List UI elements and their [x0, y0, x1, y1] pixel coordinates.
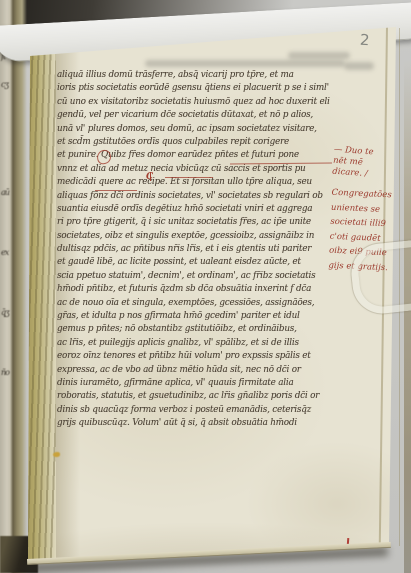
manuscript-line: et scd̄m gstitutōes ordīs quos culpabile…: [57, 136, 333, 149]
manuscript-line: medicādi quere ac recipe. Et si forsitan…: [57, 176, 333, 189]
gutter-facing-page-strip: ſt cʒ aū ex q̄ʒ ño: [0, 0, 27, 573]
gutter-script-fragment: aū: [1, 188, 9, 197]
manuscript-line: et gaudē libē, ac licite possint, et ual…: [57, 256, 333, 269]
manuscript-line: roboratis, statutis, et gsuetudinibz, ac…: [57, 390, 333, 403]
manuscript-line: gemus p pn̄tes; nō obstantibz gstitutiōi…: [57, 323, 333, 336]
erased-pencil-smudge: [145, 60, 345, 67]
manuscript-line: dinis iuramēto, gfirmāne aplica, vl' qua…: [57, 377, 333, 390]
manuscript-line: gendū, vel per vicarium dc̄e societatis …: [57, 109, 333, 122]
marginal-note-mendicare: — Duo te nēt mē dicare. /: [332, 145, 374, 181]
manuscript-line: suantia eiusdē ordīs degētiuz hm̄ō socie…: [57, 203, 333, 216]
gutter-script-fragment: ex: [1, 248, 8, 257]
manuscript-line: ac lr̄is, et puilegijs aplicis gnalibz, …: [57, 337, 333, 350]
folio-number: 2: [359, 31, 370, 50]
rubric-capitulum-mark: C: [146, 172, 153, 182]
manuscript-line: ioris ptis societatis eorūdē gsensu q̄ti…: [57, 82, 333, 95]
erased-pencil-smudge: [288, 52, 350, 59]
manuscript-line: aliquā illius domū trāsferre, absq̄ vica…: [57, 69, 333, 82]
manuscript-line: expressa, ac de vbo ad übnz mētio hūda s…: [57, 364, 333, 377]
gutter-script-fragment: q̄ʒ: [1, 308, 9, 317]
manuscript-line: grijs quibuscūqz. Volum' aūt q̄ si, q̄ a…: [57, 417, 333, 430]
manuscript-line: aliquas fōnz dc̄i ordinis societates, vl…: [57, 190, 333, 203]
rubric-underline: [165, 177, 213, 178]
manuscript-line: unā vl' plures domos, seu domū, ac ipsam…: [57, 123, 333, 136]
gutter-script-fragment: cʒ: [1, 80, 8, 89]
parchment-stain: [53, 452, 60, 457]
manuscript-line: gr̄as, et idulta p nos gfirmata hm̄ō gce…: [57, 310, 333, 323]
manuscript-line: eoroz oīnz tenores et pn̄tibz hūi volum'…: [57, 350, 333, 363]
background-right-sliver: [404, 60, 411, 573]
manuscript-photo: ſt cʒ aū ex q̄ʒ ño 2 aliquā illius domū …: [0, 0, 411, 573]
manuscript-line: vnnz et alia ad metuz necia vbicūqz cū s…: [57, 163, 333, 176]
rubric-underline: [95, 190, 137, 191]
parchment-page: 2 aliquā illius domū trāsferre, absq̄ vi…: [0, 0, 411, 573]
manuscript-line: ac de nouo oīa et singula, exemptōes, gc…: [57, 297, 333, 310]
manuscript-line: ri pro tp̄re gtigerit, q̄ i sic unitaz s…: [57, 216, 333, 229]
manuscript-line: cū uno ex visitatoribz societatis huiusm…: [57, 96, 333, 109]
text-block: aliquā illius domū trāsferre, absq̄ vica…: [57, 69, 357, 431]
manuscript-line: hm̄odi pn̄tibz, et futuris q̄zdm sb dc̄a…: [57, 283, 333, 296]
manuscript-line: dultisqz pdc̄is, ac pn̄tibus nr̄is lr̄is…: [57, 243, 333, 256]
manuscript-line: scia ppetuo statuim', decnim', et ordina…: [57, 270, 333, 283]
manuscript-line: societates, oibz et singulis exeptōe, gc…: [57, 230, 333, 243]
gutter-script-fragment: ño: [1, 368, 9, 377]
manuscript-line: dinis sb quacūqz forma verboz i posteū e…: [57, 404, 333, 417]
